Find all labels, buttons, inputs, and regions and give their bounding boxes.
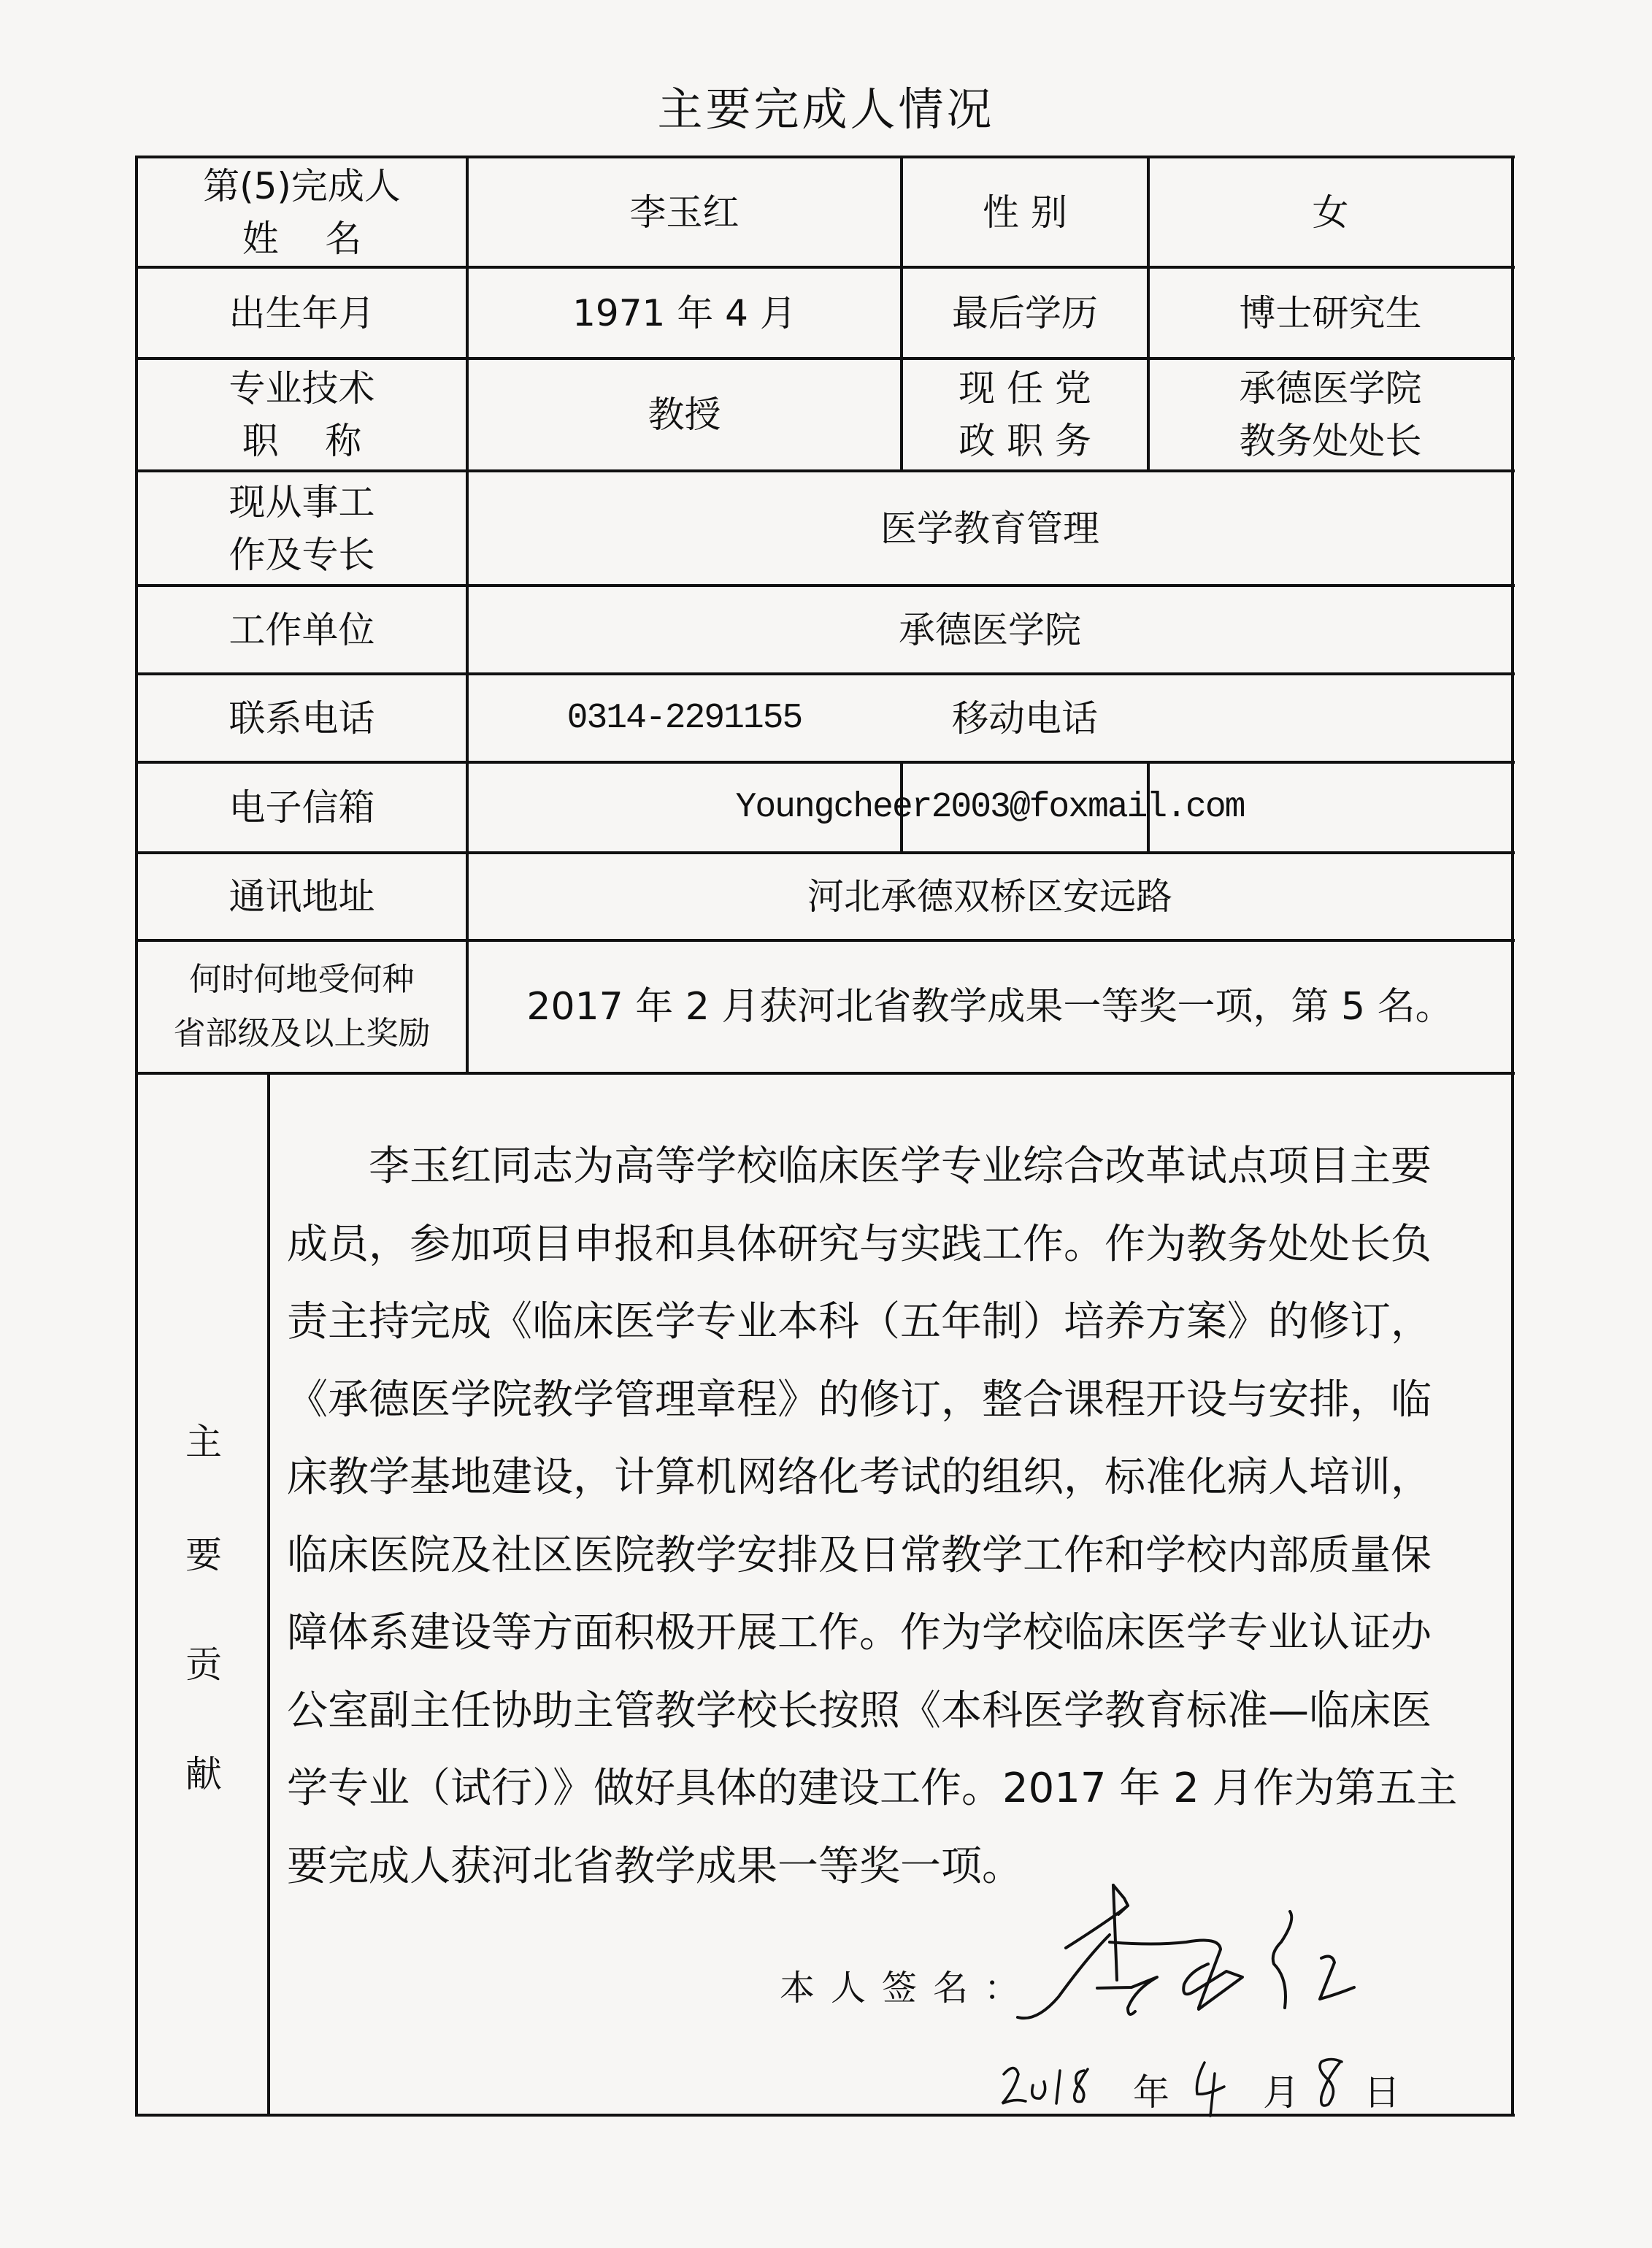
value-name: 李玉红 <box>469 158 900 266</box>
contribution-label-char: 贡 <box>185 1635 222 1688</box>
contribution-label-char: 主 <box>185 1413 222 1465</box>
contribution-line: 公室副主任协助主管教学校长按照《本科医学教育标准—临床医 <box>287 1673 1473 1751</box>
date-month-unit: 月 <box>1263 2063 1299 2116</box>
label-professional-title: 专业技术 职 称 <box>138 360 466 469</box>
value-work-unit: 承德医学院 <box>469 587 1511 672</box>
label-phone: 联系电话 <box>138 675 466 761</box>
contribution-line: 成员，参加项目申报和具体研究与实践工作。作为教务处处长负 <box>287 1206 1473 1284</box>
handwritten-signature <box>1007 1869 1387 2044</box>
label-gender: 性 别 <box>903 158 1147 266</box>
date-year-unit: 年 <box>1133 2063 1169 2116</box>
value-current-work: 医学教育管理 <box>469 472 1511 584</box>
value-education: 博士研究生 <box>1150 269 1511 357</box>
contribution-line: 临床医院及社区医院教学安排及日常教学工作和学校内部质量保 <box>287 1517 1473 1595</box>
value-address: 河北承德双桥区安远路 <box>469 854 1511 939</box>
handwritten-day <box>1313 2055 1349 2113</box>
value-professional-title: 教授 <box>469 360 900 469</box>
value-mobile <box>1150 675 1511 761</box>
label-mobile: 移动电话 <box>903 675 1147 761</box>
label-awards: 何时何地受何种 省部级及以上奖励 <box>138 942 466 1072</box>
label-education: 最后学历 <box>903 269 1147 357</box>
contribution-line: 床教学基地建设，计算机网络化考试的组织，标准化病人培训， <box>287 1439 1473 1517</box>
label-email: 电子信箱 <box>138 764 466 851</box>
table-border-right <box>1511 156 1514 2117</box>
label-work-unit: 工作单位 <box>138 587 466 672</box>
value-birth: 1971 年 4 月 <box>469 269 900 357</box>
contribution-line: 障体系建设等方面积极开展工作。作为学校临床医学专业认证办 <box>287 1595 1473 1673</box>
label-birth: 出生年月 <box>138 269 466 357</box>
value-gender: 女 <box>1150 158 1511 266</box>
col-divider-contribution <box>267 1072 270 2117</box>
contribution-line: 责主持完成《临床医学专业本科（五年制）培养方案》的修订， <box>287 1284 1473 1362</box>
date-day-unit: 日 <box>1364 2063 1400 2116</box>
table-border-bottom <box>135 2114 1515 2117</box>
value-email: Youngcheer2003@foxmail.com <box>469 764 1511 851</box>
contribution-label-char: 献 <box>185 1745 222 1798</box>
page-title: 主要完成人情况 <box>0 80 1652 139</box>
contribution-line: 李玉红同志为高等学校临床医学专业综合改革试点项目主要 <box>287 1128 1473 1206</box>
value-party-position: 承德医学院 教务处处长 <box>1150 360 1511 469</box>
row-divider <box>135 1072 1515 1075</box>
contribution-label-char: 要 <box>185 1526 222 1578</box>
label-address: 通讯地址 <box>138 854 466 939</box>
handwritten-month <box>1191 2059 1235 2117</box>
label-current-work: 现从事工 作及专长 <box>138 472 466 584</box>
contribution-line: 学专业（试行）》做好具体的建设工作。2017 年 2 月作为第五主 <box>287 1750 1473 1828</box>
label-completer-name: 第(5)完成人 姓 名 <box>138 158 466 266</box>
label-party-position: 现 任 党 政 职 务 <box>903 360 1147 469</box>
handwritten-year <box>1000 2063 1102 2107</box>
contribution-line: 《承德医学院教学管理章程》的修订，整合课程开设与安排，临 <box>287 1362 1473 1440</box>
signature-label: 本人签名： <box>780 1960 1035 2010</box>
value-phone: 0314-2291155 <box>469 675 900 761</box>
contribution-text: 李玉红同志为高等学校临床医学专业综合改革试点项目主要 成员，参加项目申报和具体研… <box>287 1128 1473 1906</box>
value-awards: 2017 年 2 月获河北省教学成果一等奖一项，第 5 名。 <box>469 942 1511 1072</box>
